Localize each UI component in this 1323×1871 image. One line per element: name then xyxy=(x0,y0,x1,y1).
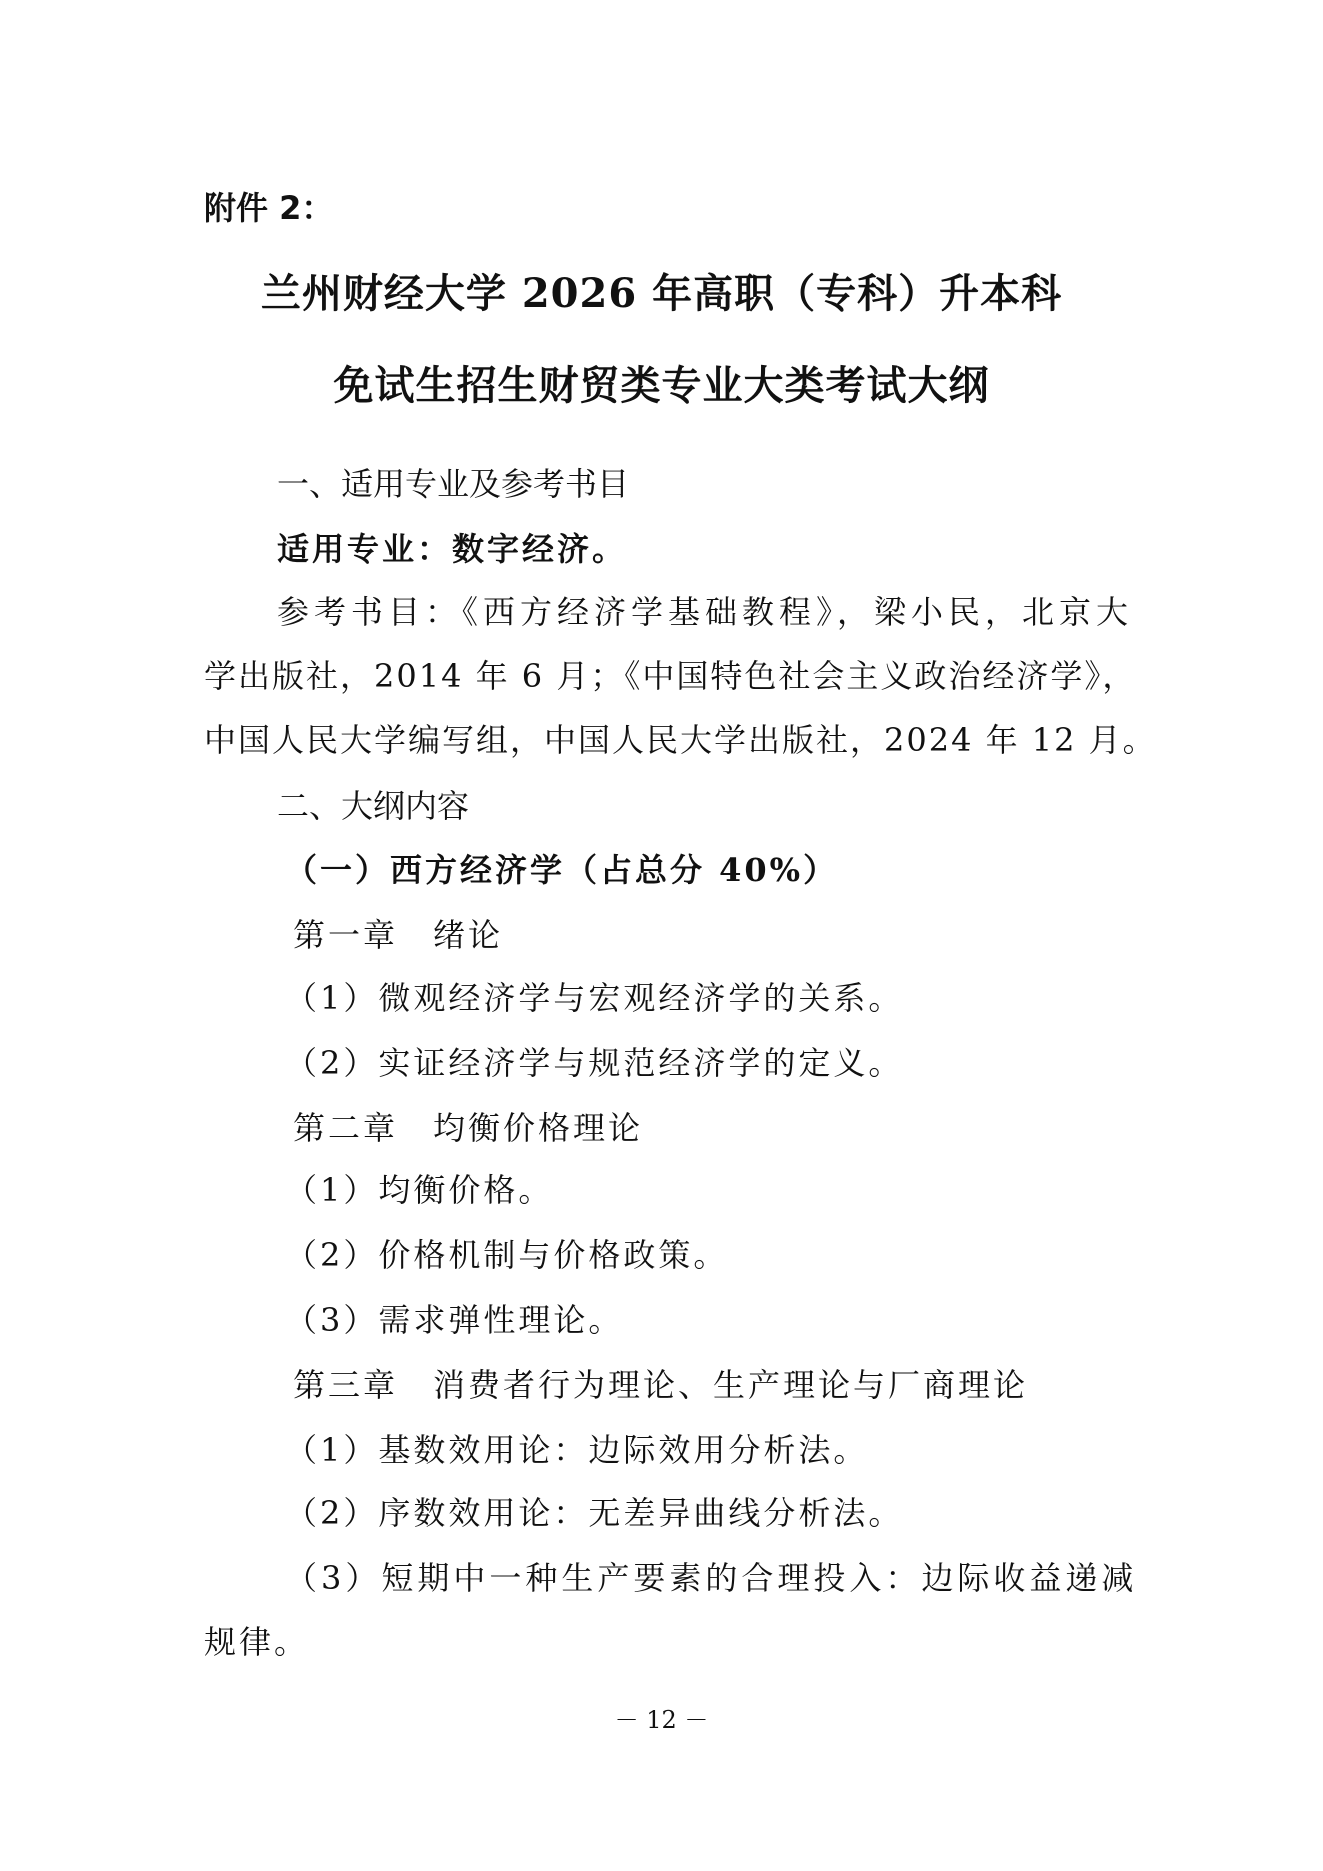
chapter-3-title: 第三章 消费者行为理论、生产理论与厂商理论 xyxy=(293,1369,1028,1401)
page-number: － 12 － xyxy=(0,1708,1323,1732)
chapter-1-item-2: （2）实证经济学与规范经济学的定义。 xyxy=(285,1047,903,1079)
chapter-2-item-3: （3）需求弹性理论。 xyxy=(285,1304,623,1336)
document-title-line-1: 兰州财经大学 2026 年高职（专科）升本科 xyxy=(0,274,1323,314)
applicable-major: 适用专业：数字经济。 xyxy=(277,533,627,565)
section-heading-2: 二、大纲内容 xyxy=(277,790,469,822)
chapter-2-title: 第二章 均衡价格理论 xyxy=(293,1112,643,1144)
chapter-2-item-1: （1）均衡价格。 xyxy=(285,1174,553,1206)
document-title-line-2: 免试生招生财贸类专业大类考试大纲 xyxy=(0,366,1323,406)
reference-books-line-2: 学出版社，2014 年 6 月；《中国特色社会主义政治经济学》， xyxy=(204,660,1136,692)
chapter-2-item-2: （2）价格机制与价格政策。 xyxy=(285,1239,728,1271)
section-heading-1: 一、适用专业及参考书目 xyxy=(277,468,629,500)
chapter-3-item-2: （2）序数效用论：无差异曲线分析法。 xyxy=(285,1497,903,1529)
chapter-3-item-3-continued: 规律。 xyxy=(204,1626,309,1658)
chapter-3-item-3: （3）短期中一种生产要素的合理投入：边际收益递减 xyxy=(285,1562,1137,1594)
attachment-label: 附件 2： xyxy=(204,192,333,224)
reference-books-line-1: 参考书目：《西方经济学基础教程》，梁小民，北京大 xyxy=(277,596,1133,628)
chapter-1-item-1: （1）微观经济学与宏观经济学的关系。 xyxy=(285,982,903,1014)
part-heading-western-economics: （一）西方经济学（占总分 40%） xyxy=(285,854,838,886)
chapter-1-title: 第一章 绪论 xyxy=(293,919,503,951)
chapter-3-item-1: （1）基数效用论：边际效用分析法。 xyxy=(285,1434,868,1466)
reference-books-line-3: 中国人民大学编写组，中国人民大学出版社，2024 年 12 月。 xyxy=(204,724,1157,756)
